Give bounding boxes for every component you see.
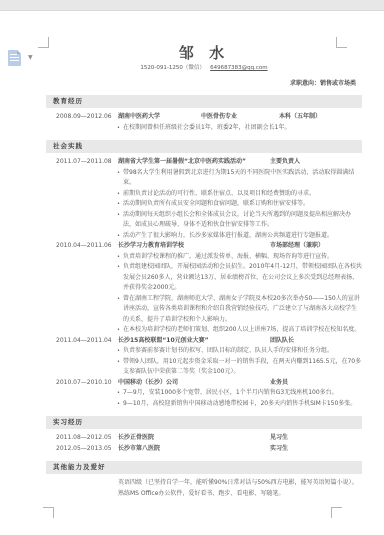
entry-organization: 长沙市第八医院 (118, 444, 270, 455)
entry-date: 2010.04—2011.06 (46, 241, 118, 252)
entry-bullet: 负责组建校园团队，开展校园活动和会员招生。2010年4月-12月，带领校园团队在… (46, 262, 362, 294)
entry-row: 2011.08—2012.05长沙正骨医院见习生 (46, 433, 362, 444)
entry-degree: 本科（五年制） (279, 112, 362, 123)
entry-organization: 湖南中医药大学 (118, 112, 201, 123)
entry-bullet: 带领9人团队，用10元起步资金采取一对一的销售手段，在两天内赚到1165.5元，… (46, 357, 362, 378)
entry-position: 实习生 (270, 444, 362, 455)
entry-bullet: 在校期间曾担任班级社会委员1年，班委2年，社团副会长1年。 (46, 123, 362, 134)
entry-date: 2012.05—2013.05 (46, 444, 118, 455)
section-header: 实习经历 (46, 416, 362, 429)
entry-organization: 湖南省大学生第一届暑假“北京中医药实践活动” (118, 157, 270, 168)
section-entries: 2008.09—2012.06湖南中医药大学中医骨伤专业本科（五年制）在校期间曾… (46, 112, 362, 133)
entry-bullet: 活动产生了很大影响力，长沙多家媒体进行报道，湖南公共频道进行专题报道。 (46, 231, 362, 242)
entry-bullet: 前期负责讨论活动的可行性、联系住宿点、以及项目和经费赞助的寻求。 (46, 189, 362, 200)
entry-row: 2010.04—2011.06长沙学习力教育培训学校市场部经理（兼职） (46, 241, 362, 252)
entry-date: 2010.07—2010.10 (46, 378, 118, 389)
document-top-margin-strip (0, 0, 384, 11)
phone-number: 1520-091-1250（微信） (140, 65, 204, 71)
paste-options-icon[interactable] (8, 50, 21, 66)
entry-bullet: 负责参赛前参赛计划书的拟写、团队目标的制定、队员人手的安排和任务分组。 (46, 346, 362, 357)
entry-organization: 长沙15高校联盟“10元创业大赛” (118, 336, 270, 347)
page-corner-mark-bottom-right (331, 507, 342, 518)
page-corner-mark-bottom-left (43, 507, 54, 518)
chevron-down-icon[interactable]: ▼ (28, 54, 33, 61)
entry-major: 中医骨伤专业 (201, 112, 279, 123)
entry-position: 见习生 (270, 433, 362, 444)
section-header: 教育经历 (46, 95, 362, 108)
entry-bullet: 曾在湖南工程学院、湖南师范大学、湖南女子学院及本校20多次举办50——150人的… (46, 294, 362, 326)
entry-bullet: 活动期间每天组织小组长会和全体成员会议，讨论当天所遇到的问题及提出相应解决办法，… (46, 210, 362, 231)
entry-bullet: 9—10月，高校迎新销售中国移动动感地带校园卡，20多天内销售手机SIM卡150… (46, 399, 362, 410)
entry-date: 2011.04—2011.04 (46, 336, 118, 347)
entry-date: 2011.08—2012.05 (46, 433, 118, 444)
entry-organization: 长沙学习力教育培训学校 (118, 241, 270, 252)
entry-row: 2010.07—2010.10中国移动（长沙）公司业务员 (46, 378, 362, 389)
section-entries: 2011.08—2012.05长沙正骨医院见习生2012.05—2013.05长… (46, 433, 362, 454)
section-paragraph: 英语四级（已坚持自学一年，能听懂90%日常对话与50%西方电影，能写英语短篇小说… (46, 478, 362, 499)
section-entries: 2011.07—2011.08湖南省大学生第一届暑假“北京中医药实践活动”主要负… (46, 157, 362, 409)
contact-line: 1520-091-1250（微信） 649687383@qq.com (46, 64, 362, 72)
entry-position: 主要负责人 (270, 157, 362, 168)
entry-row: 2011.07—2011.08湖南省大学生第一届暑假“北京中医药实践活动”主要负… (46, 157, 362, 168)
page-fold-corner (17, 50, 21, 54)
entry-row: 2012.05—2013.05长沙市第八医院实习生 (46, 444, 362, 455)
section-header: 社会实践 (46, 140, 362, 153)
entry-position: 团队队长 (270, 336, 362, 347)
entry-date: 2008.09—2012.06 (46, 112, 118, 123)
entry-bullet: 负责培训学校课程的推广，通过派发传单、海报、横幅、现场咨询等进行宣传。 (46, 252, 362, 263)
resume-name: 邹 水 (46, 44, 362, 62)
section-header: 其他能力及爱好 (46, 461, 362, 474)
job-objective: 求职意向：销售或市场类 (46, 80, 362, 88)
entry-row: 2011.04—2011.04长沙15高校联盟“10元创业大赛”团队队长 (46, 336, 362, 347)
entry-organization: 长沙正骨医院 (118, 433, 270, 444)
entry-position: 市场部经理（兼职） (270, 241, 362, 252)
entry-organization: 中国移动（长沙）公司 (118, 378, 270, 389)
entry-bullet: 在本校为培训学校的老师们策划、组织200人以上讲座7场，提高了培训学校在校知名度… (46, 325, 362, 336)
entry-date: 2011.07—2011.08 (46, 157, 118, 168)
resume-page: 邹 水 1520-091-1250（微信） 649687383@qq.com 求… (46, 44, 362, 499)
entry-bullet: 带98名大学生利用暑假到北京进行为期15天的不同医院中医实践活动，活动取得圆满结… (46, 168, 362, 189)
resume-sections: 教育经历2008.09—2012.06湖南中医药大学中医骨伤专业本科（五年制）在… (46, 95, 362, 499)
entry-bullet: 活动期间负责所有成员安全问题和食宿问题，联系订购和住宿安排等。 (46, 199, 362, 210)
email-link[interactable]: 649687383@qq.com (210, 65, 267, 71)
entry-row: 2008.09—2012.06湖南中医药大学中医骨伤专业本科（五年制） (46, 112, 362, 123)
entry-position: 业务员 (270, 378, 362, 389)
entry-bullet: 7—9月，安装1000多个宽带、居民小区，1个半月内销售G3无线座机100多台。 (46, 388, 362, 399)
